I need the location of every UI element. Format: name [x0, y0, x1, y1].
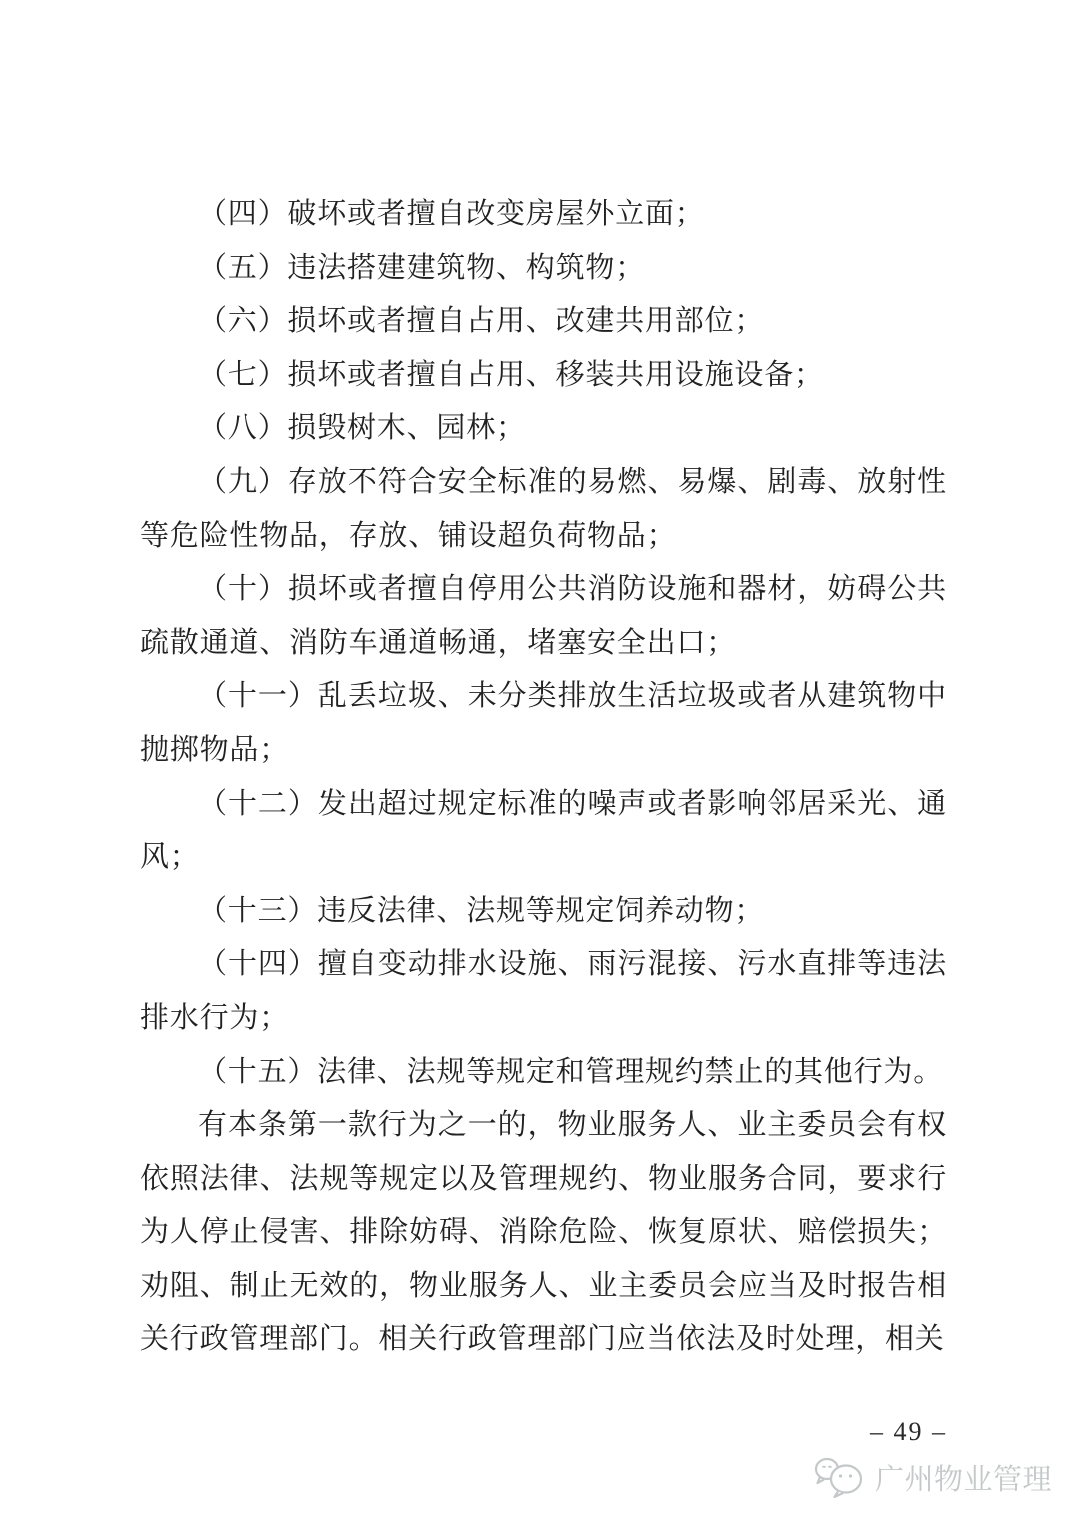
list-item-7: （七）损坏或者擅自占用、移装共用设施设备；	[140, 349, 947, 403]
watermark: 广州物业管理	[814, 1456, 1052, 1498]
list-item-10: （十）损坏或者擅自停用公共消防设施和器材，妨碍公共疏散通道、消防车通道畅通，堵塞…	[140, 563, 947, 670]
list-item-9: （九）存放不符合安全标准的易燃、易爆、剧毒、放射性等危险性物品，存放、铺设超负荷…	[140, 456, 947, 563]
document-body: （四）破坏或者擅自改变房屋外立面； （五）违法搭建建筑物、构筑物； （六）损坏或…	[0, 0, 1080, 1367]
document-page: （四）破坏或者擅自改变房屋外立面； （五）违法搭建建筑物、构筑物； （六）损坏或…	[0, 0, 1080, 1527]
closing-paragraph: 有本条第一款行为之一的，物业服务人、业主委员会有权依照法律、法规等规定以及管理规…	[140, 1099, 947, 1367]
watermark-text: 广州物业管理	[875, 1457, 1052, 1498]
wechat-icon	[814, 1456, 866, 1498]
list-item-11: （十一）乱丢垃圾、未分类排放生活垃圾或者从建筑物中抛掷物品；	[140, 670, 947, 777]
list-item-13: （十三）违反法律、法规等规定饲养动物；	[140, 885, 947, 939]
list-item-14: （十四）擅自变动排水设施、雨污混接、污水直排等违法排水行为；	[140, 938, 947, 1045]
list-item-5: （五）违法搭建建筑物、构筑物；	[140, 242, 947, 296]
list-item-8: （八）损毁树木、园林；	[140, 402, 947, 456]
list-item-12: （十二）发出超过规定标准的噪声或者影响邻居采光、通风；	[140, 778, 947, 885]
list-item-6: （六）损坏或者擅自占用、改建共用部位；	[140, 295, 947, 349]
page-number: – 49 –	[870, 1417, 947, 1447]
list-item-4: （四）破坏或者擅自改变房屋外立面；	[140, 188, 947, 242]
list-item-15: （十五）法律、法规等规定和管理规约禁止的其他行为。	[140, 1046, 947, 1100]
